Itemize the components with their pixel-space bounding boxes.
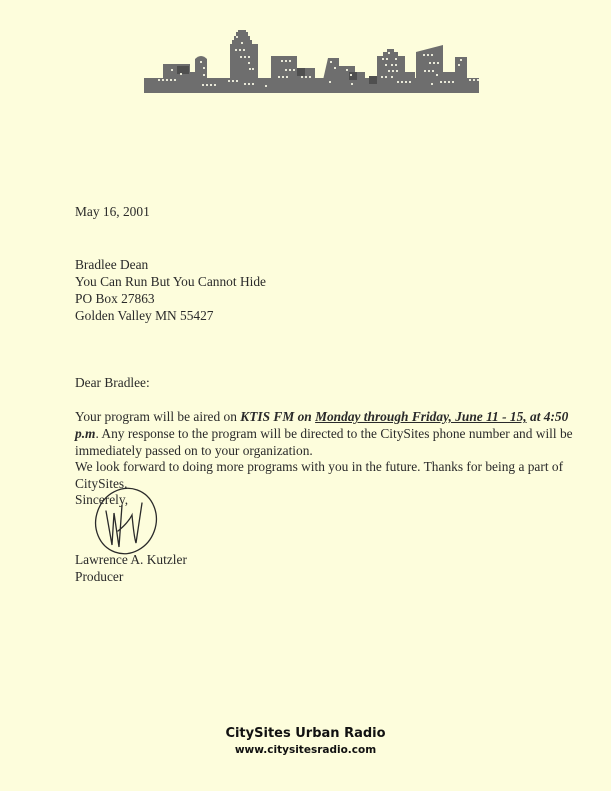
body-paragraph-1: Your program will be aired on KTIS FM on…: [75, 408, 575, 459]
footer-organization-name: CitySites Urban Radio: [0, 726, 611, 741]
air-schedule: Monday through Friday, June 11 - 15,: [315, 409, 527, 424]
recipient-organization: You Can Run But You Cannot Hide: [75, 273, 266, 290]
recipient-name: Bradlee Dean: [75, 256, 266, 273]
salutation: Dear Bradlee:: [75, 374, 150, 391]
station-name: KTIS FM on: [240, 409, 311, 424]
para1-rest: . Any response to the program will be di…: [75, 426, 573, 458]
recipient-address: Bradlee Dean You Can Run But You Cannot …: [75, 256, 266, 324]
recipient-po-box: PO Box 27863: [75, 290, 266, 307]
signer-name: Lawrence A. Kutzler: [75, 551, 187, 568]
footer-website-link[interactable]: www.citysitesradio.com: [0, 744, 611, 756]
letter-date: May 16, 2001: [75, 203, 150, 220]
signer-block: Lawrence A. Kutzler Producer: [75, 551, 187, 585]
signer-title: Producer: [75, 568, 187, 585]
city-skyline-icon: [140, 20, 485, 100]
recipient-city-state-zip: Golden Valley MN 55427: [75, 307, 266, 324]
para1-intro: Your program will be aired on: [75, 409, 240, 424]
